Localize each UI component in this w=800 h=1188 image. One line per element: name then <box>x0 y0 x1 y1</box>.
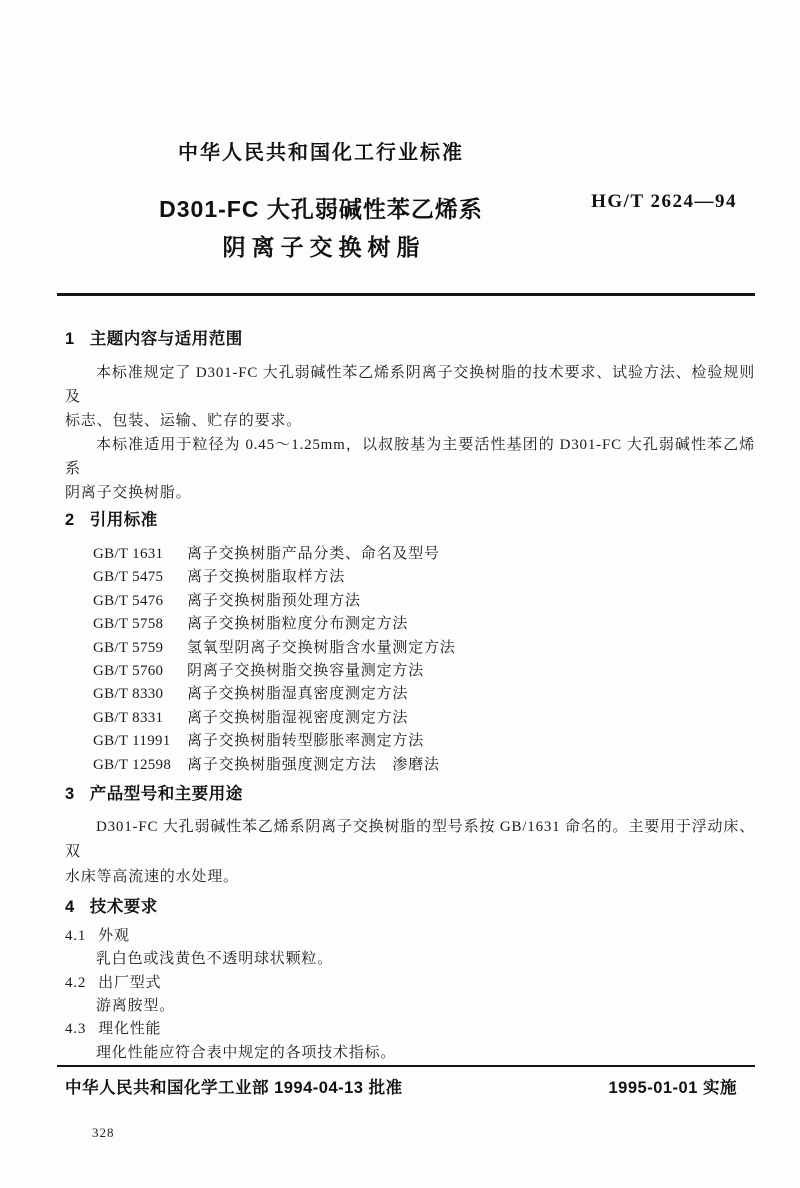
section-title: 产品型号和主要用途 <box>90 785 243 803</box>
clause-number: 4.1 <box>65 928 86 944</box>
paragraph-line: 本标准适用于粒径为 0.45～1.25mm，以叔胺基为主要活性基团的 D301-… <box>65 433 755 481</box>
section-number: 3 <box>65 785 75 803</box>
page-number: 328 <box>92 1125 115 1141</box>
section-title: 技术要求 <box>90 898 158 916</box>
clause-heading: 4.3理化性能 <box>65 1018 755 1041</box>
reference-list: GB/T 1631离子交换树脂产品分类、命名及型号 GB/T 5475离子交换树… <box>65 543 755 777</box>
section-number: 4 <box>65 898 75 916</box>
reference-title: 离子交换树脂产品分类、命名及型号 <box>187 543 440 566</box>
reference-row: GB/T 5476离子交换树脂预处理方法 <box>93 590 755 613</box>
reference-code: GB/T 11991 <box>93 730 177 753</box>
document-page: 中华人民共和国化工行业标准 D301-FC 大孔弱碱性苯乙烯系 阴离子交换树脂 … <box>0 0 800 1188</box>
reference-title: 离子交换树脂粒度分布测定方法 <box>187 613 408 636</box>
document-body: 1主题内容与适用范围 本标准规定了 D301-FC 大孔弱碱性苯乙烯系阴离子交换… <box>65 326 755 1065</box>
clause-title: 出厂型式 <box>98 975 161 991</box>
reference-code: GB/T 8331 <box>93 707 177 730</box>
section-3-heading: 3产品型号和主要用途 <box>65 785 755 803</box>
reference-code: GB/T 5760 <box>93 660 177 683</box>
reference-row: GB/T 5759氢氧型阴离子交换树脂含水量测定方法 <box>93 637 755 660</box>
paragraph-line: 阴离子交换树脂。 <box>65 481 755 505</box>
reference-code: GB/T 5758 <box>93 613 177 636</box>
reference-row: GB/T 8331离子交换树脂湿视密度测定方法 <box>93 707 755 730</box>
standard-number: HG/T 2624—94 <box>591 191 737 213</box>
clause-body: 游离胺型。 <box>65 995 755 1018</box>
header-rule <box>57 293 755 296</box>
reference-title: 离子交换树脂预处理方法 <box>187 590 361 613</box>
reference-row: GB/T 1631离子交换树脂产品分类、命名及型号 <box>93 543 755 566</box>
reference-code: GB/T 8330 <box>93 683 177 706</box>
reference-row: GB/T 11991离子交换树脂转型膨胀率测定方法 <box>93 730 755 753</box>
reference-title: 阴离子交换树脂交换容量测定方法 <box>187 660 424 683</box>
reference-title: 离子交换树脂湿真密度测定方法 <box>187 683 408 706</box>
paragraph-line: 水床等高流速的水处理。 <box>65 865 755 890</box>
reference-code: GB/T 1631 <box>93 543 177 566</box>
reference-code: GB/T 5759 <box>93 637 177 660</box>
reference-row: GB/T 5760阴离子交换树脂交换容量测定方法 <box>93 660 755 683</box>
clause-number: 4.3 <box>65 1021 86 1037</box>
section-number: 2 <box>65 511 75 529</box>
footer-implementation: 1995-01-01 实施 <box>609 1074 738 1098</box>
reference-title: 离子交换树脂转型膨胀率测定方法 <box>187 730 424 753</box>
footer-rule <box>57 1065 755 1067</box>
reference-row: GB/T 12598离子交换树脂强度测定方法 渗磨法 <box>93 754 755 777</box>
doc-title-line2: 阴离子交换树脂 <box>58 229 584 262</box>
reference-code: GB/T 12598 <box>93 754 177 777</box>
reference-row: GB/T 8330离子交换树脂湿真密度测定方法 <box>93 683 755 706</box>
org-line: 中华人民共和国化工行业标准 <box>58 136 584 165</box>
reference-row: GB/T 5475离子交换树脂取样方法 <box>93 566 755 589</box>
clause-title: 理化性能 <box>98 1021 161 1037</box>
clause-number: 4.2 <box>65 975 86 991</box>
section-4-heading: 4技术要求 <box>65 898 755 916</box>
reference-code: GB/T 5475 <box>93 566 177 589</box>
clause-title: 外观 <box>98 928 130 944</box>
paragraph-line: 标志、包装、运输、贮存的要求。 <box>65 409 755 433</box>
section-1-paragraph-1: 本标准规定了 D301-FC 大孔弱碱性苯乙烯系阴离子交换树脂的技术要求、试验方… <box>65 361 755 433</box>
section-title: 主题内容与适用范围 <box>90 330 243 348</box>
section-number: 1 <box>65 330 75 348</box>
section-2-heading: 2引用标准 <box>65 511 755 529</box>
clause-heading: 4.2出厂型式 <box>65 972 755 995</box>
paragraph-line: 本标准规定了 D301-FC 大孔弱碱性苯乙烯系阴离子交换树脂的技术要求、试验方… <box>65 361 755 409</box>
clause-body: 理化性能应符合表中规定的各项技术指标。 <box>65 1042 755 1065</box>
reference-title: 离子交换树脂取样方法 <box>187 566 345 589</box>
section-4-clauses: 4.1外观 乳白色或浅黄色不透明球状颗粒。 4.2出厂型式 游离胺型。 4.3理… <box>65 925 755 1065</box>
paragraph-line: D301-FC 大孔弱碱性苯乙烯系阴离子交换树脂的型号系按 GB/1631 命名… <box>65 815 755 865</box>
footer-approval: 中华人民共和国化学工业部 1994-04-13 批准 <box>65 1074 403 1098</box>
clause-body: 乳白色或浅黄色不透明球状颗粒。 <box>65 948 755 971</box>
reference-row: GB/T 5758离子交换树脂粒度分布测定方法 <box>93 613 755 636</box>
section-3-paragraph: D301-FC 大孔弱碱性苯乙烯系阴离子交换树脂的型号系按 GB/1631 命名… <box>65 815 755 890</box>
clause-heading: 4.1外观 <box>65 925 755 948</box>
reference-title: 氢氧型阴离子交换树脂含水量测定方法 <box>187 637 456 660</box>
section-1-paragraph-2: 本标准适用于粒径为 0.45～1.25mm，以叔胺基为主要活性基团的 D301-… <box>65 433 755 505</box>
section-1-heading: 1主题内容与适用范围 <box>65 330 755 348</box>
reference-code: GB/T 5476 <box>93 590 177 613</box>
doc-title-line1: D301-FC 大孔弱碱性苯乙烯系 <box>58 191 584 224</box>
section-title: 引用标准 <box>90 511 158 529</box>
reference-title: 离子交换树脂湿视密度测定方法 <box>187 707 408 730</box>
reference-title: 离子交换树脂强度测定方法 渗磨法 <box>187 754 440 777</box>
